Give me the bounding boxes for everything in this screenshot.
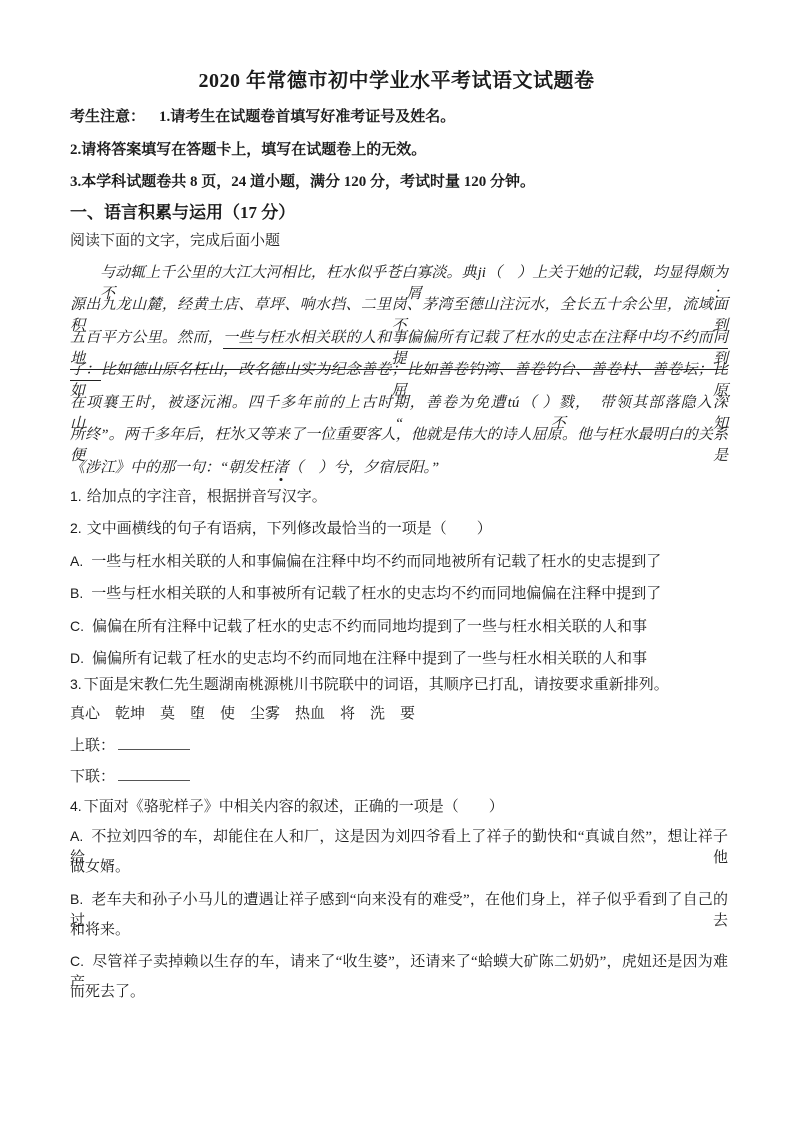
option-b-text: 一些与枉水相关联的人和事被所有记载了枉水的史志均不约而同地偏偏在注释中提到了 bbox=[91, 586, 661, 602]
passage-text: （ ）兮，夕宿辰阳。” bbox=[288, 460, 439, 476]
exam-paper-page: 2020 年常德市初中学业水平考试语文试题卷 考生注意：1.请考生在试题卷首填写… bbox=[0, 0, 793, 1122]
upper-couplet-label: 上联： bbox=[70, 738, 115, 754]
question-4-option-c-line-2: 而死去了。 bbox=[70, 982, 728, 1003]
passage-intro: 阅读下面的文字，完成后面小题 bbox=[70, 231, 728, 252]
question-4-number: 4. bbox=[70, 798, 84, 814]
lower-couplet-row: 下联： bbox=[70, 766, 728, 788]
question-2-number: 2. bbox=[70, 520, 87, 536]
notice-item-2: 2.请将答案填写在答题卡上，填写在试题卷上的无效。 bbox=[70, 142, 426, 158]
question-4-option-a-line-2: 做女婿。 bbox=[70, 857, 728, 878]
option-a-text: 一些与枉水相关联的人和事偏偏在注释中均不约而同地被所有记载了枉水的史志提到了 bbox=[91, 554, 661, 570]
exam-title: 2020 年常德市初中学业水平考试语文试题卷 bbox=[0, 64, 793, 93]
question-1-number: 1. bbox=[70, 488, 87, 504]
question-2-option-d: D.偏偏所有记载了枉水的史志均不约而同地在注释中提到了一些与枉水相关联的人和事 bbox=[70, 648, 728, 670]
passage-text: 五百平方公里。然而， bbox=[70, 330, 223, 346]
question-3-number: 3. bbox=[70, 676, 84, 692]
notice-item-1: 1.请考生在试题卷首填写好准考证号及姓名。 bbox=[159, 109, 455, 125]
option-a-label: A. bbox=[70, 828, 91, 844]
underlined-clause-part-2: 了： bbox=[70, 362, 101, 381]
passage-text: 与动辄上千公里的大江大河相比，枉水似乎苍白寡淡。典 bbox=[100, 265, 477, 281]
pinyin-ji: ji bbox=[477, 265, 487, 281]
lower-couplet-label: 下联： bbox=[70, 769, 115, 785]
question-2-option-c: C.偏偏在所有注释中记载了枉水的史志不约而同地均提到了一些与枉水相关联的人和事 bbox=[70, 616, 728, 638]
option-d-text: 偏偏所有记载了枉水的史志均不约而同地在注释中提到了一些与枉水相关联的人和事 bbox=[92, 651, 647, 667]
pinyin-tu: tú bbox=[507, 395, 521, 411]
lower-couplet-blank bbox=[118, 766, 190, 781]
section-heading: 一、语言积累与运用（17 分） bbox=[70, 202, 728, 223]
option-a-label: A. bbox=[70, 553, 91, 569]
notice-line-1: 考生注意：1.请考生在试题卷首填写好准考证号及姓名。 bbox=[70, 107, 728, 128]
question-3-text: 下面是宋教仁先生题湖南桃源桃川书院联中的词语，其顺序已打乱，请按要求重新排列。 bbox=[84, 677, 669, 693]
word-bank: 真心 乾坤 莫 堕 使 尘雾 热血 将 洗 要 bbox=[70, 704, 728, 725]
option-c-label: C. bbox=[70, 618, 92, 634]
option-c-label: C. bbox=[70, 953, 92, 969]
option-c-text: 偏偏在所有注释中记载了枉水的史志不约而同地均提到了一些与枉水相关联的人和事 bbox=[92, 619, 647, 635]
question-4: 4.下面对《骆驼样子》中相关内容的叙述，正确的一项是（ ） bbox=[70, 796, 728, 818]
notice-line-3: 3.本学科试题卷共 8 页，24 道小题，满分 120 分，考试时量 120 分… bbox=[70, 172, 728, 193]
question-2-option-a: A.一些与枉水相关联的人和事偏偏在注释中均不约而同地被所有记载了枉水的史志提到了 bbox=[70, 551, 728, 573]
passage-line-7: 《涉江》中的那一句：“朝发枉渚（ ）兮，夕宿辰阳。” bbox=[70, 458, 728, 479]
notice-line-2: 2.请将答案填写在答题卡上，填写在试题卷上的无效。 bbox=[70, 140, 728, 161]
upper-couplet-row: 上联： bbox=[70, 735, 728, 757]
question-2: 2.文中画横线的句子有语病，下列修改最恰当的一项是（ ） bbox=[70, 518, 728, 540]
question-4-text: 下面对《骆驼样子》中相关内容的叙述，正确的一项是（ ） bbox=[84, 799, 504, 815]
question-1-text: 给加点的字注音，根据拼音写汉字。 bbox=[87, 489, 327, 505]
question-1: 1.给加点的字注音，根据拼音写汉字。 bbox=[70, 486, 728, 508]
upper-couplet-blank bbox=[118, 735, 190, 750]
notice-label: 考生注意： bbox=[70, 109, 159, 125]
question-2-option-b: B.一些与枉水相关联的人和事被所有记载了枉水的史志均不约而同地偏偏在注释中提到了 bbox=[70, 583, 728, 605]
passage-text: 在项襄王时，被逐沅湘。四千多年前的上古时期，善卷为免遭 bbox=[70, 395, 507, 411]
question-4-option-b-line-2: 和将来。 bbox=[70, 920, 728, 941]
dotted-char-zhu: 渚 bbox=[273, 460, 288, 476]
option-b-label: B. bbox=[70, 585, 91, 601]
option-b-label: B. bbox=[70, 891, 91, 907]
question-3: 3.下面是宋教仁先生题湖南桃源桃川书院联中的词语，其顺序已打乱，请按要求重新排列… bbox=[70, 674, 728, 696]
question-2-text: 文中画横线的句子有语病，下列修改最恰当的一项是（ ） bbox=[87, 521, 492, 537]
option-d-label: D. bbox=[70, 650, 92, 666]
passage-text: 《涉江》中的那一句：“朝发枉 bbox=[70, 460, 273, 476]
notice-item-3: 3.本学科试题卷共 8 页，24 道小题，满分 120 分，考试时量 120 分… bbox=[70, 174, 535, 190]
